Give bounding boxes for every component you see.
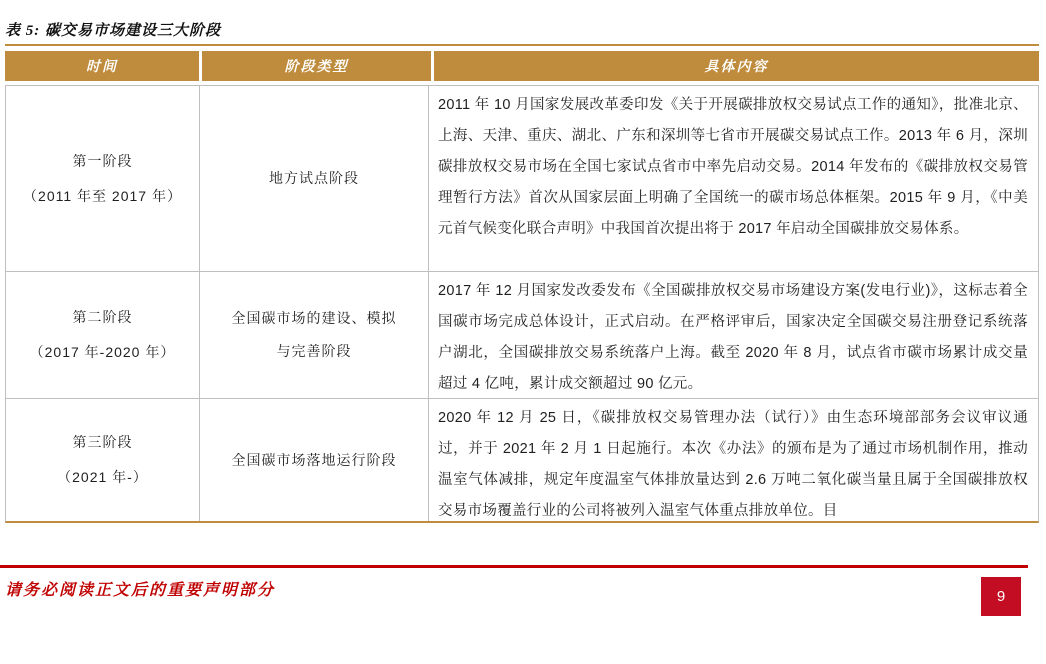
table-caption: 表 5: 碳交易市场建设三大阶段 [5, 19, 221, 40]
table-header-row: 时间 阶段类型 具体内容 [5, 51, 1039, 81]
header-cell-time: 时间 [5, 51, 199, 81]
header-cell-detail: 具体内容 [434, 51, 1039, 81]
stage-content-cell: 2020 年 12 月 25 日，《碳排放权交易管理办法（试行）》由生态环境部部… [429, 399, 1038, 521]
footer-disclaimer: 请务必阅读正文后的重要声明部分 [5, 577, 275, 600]
stage-time-cell: 第三阶段 （2021 年-） [6, 399, 200, 521]
stage-name: 第三阶段 [73, 425, 133, 460]
stage-period: （2021 年-） [57, 460, 148, 495]
table-top-rule [5, 44, 1039, 46]
stage-time-cell: 第一阶段 （2011 年至 2017 年） [6, 86, 200, 271]
table-row: 第二阶段 （2017 年-2020 年） 全国碳市场的建设、模拟 与完善阶段 2… [6, 272, 1038, 399]
stage-name: 第二阶段 [73, 300, 133, 335]
stage-type-line: 地方试点阶段 [269, 162, 359, 195]
stage-period: （2011 年至 2017 年） [23, 179, 182, 214]
stage-type-cell: 全国碳市场的建设、模拟 与完善阶段 [200, 272, 429, 398]
stage-time-cell: 第二阶段 （2017 年-2020 年） [6, 272, 200, 398]
stage-content-cell: 2011 年 10 月国家发展改革委印发《关于开展碳排放权交易试点工作的通知》，… [429, 86, 1038, 271]
stage-type-cell: 地方试点阶段 [200, 86, 429, 271]
footer-rule [0, 565, 1028, 568]
stage-type-cell: 全国碳市场落地运行阶段 [200, 399, 429, 521]
stage-name: 第一阶段 [73, 144, 133, 179]
stage-content-cell: 2017 年 12 月国家发改委发布《全国碳排放权交易市场建设方案(发电行业)》… [429, 272, 1038, 398]
stage-type-line: 与完善阶段 [277, 335, 352, 368]
stage-type-line: 全国碳市场落地运行阶段 [232, 444, 397, 477]
header-cell-stage-type: 阶段类型 [202, 51, 431, 81]
stage-type-line: 全国碳市场的建设、模拟 [232, 302, 397, 335]
page-number-badge: 9 [981, 577, 1021, 616]
table-row: 第三阶段 （2021 年-） 全国碳市场落地运行阶段 2020 年 12 月 2… [6, 399, 1038, 521]
stages-table: 时间 阶段类型 具体内容 第一阶段 （2011 年至 2017 年） 地方试点阶… [5, 51, 1039, 523]
table-body: 第一阶段 （2011 年至 2017 年） 地方试点阶段 2011 年 10 月… [5, 85, 1039, 523]
report-page: 表 5: 碳交易市场建设三大阶段 时间 阶段类型 具体内容 第一阶段 （2011… [0, 0, 1046, 664]
table-row: 第一阶段 （2011 年至 2017 年） 地方试点阶段 2011 年 10 月… [6, 86, 1038, 272]
stage-period: （2017 年-2020 年） [30, 335, 176, 370]
